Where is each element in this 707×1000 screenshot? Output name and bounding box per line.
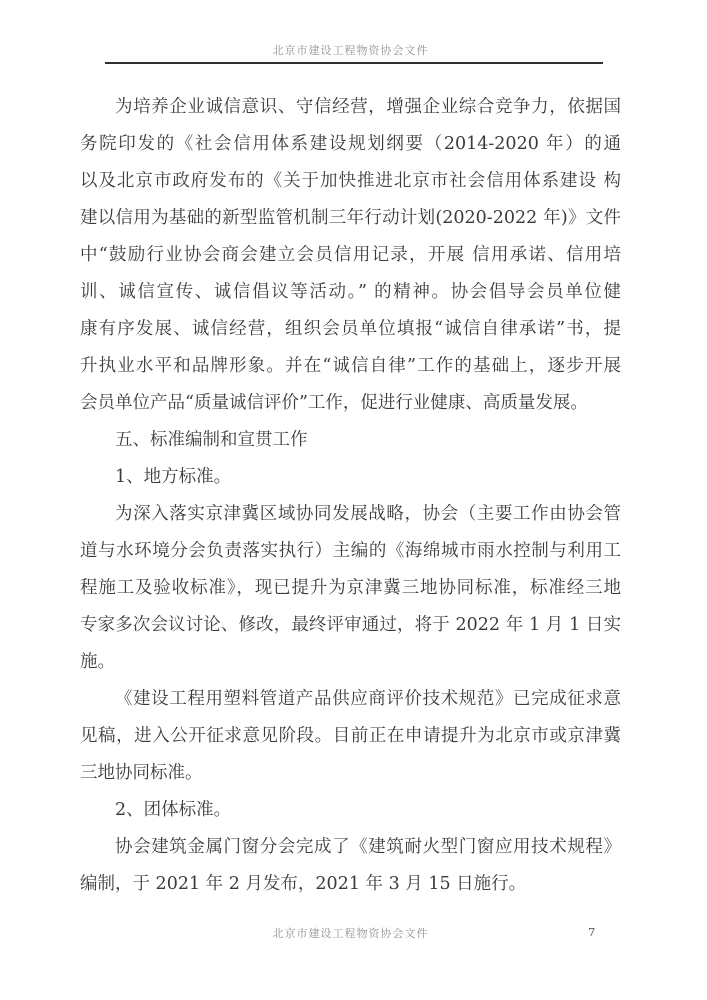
- header-title: 北京市建设工程物资协会文件: [80, 42, 621, 58]
- text-line: 道与水环境分会负责落实执行）主编的《海绵城市雨水控制与利用工: [80, 533, 621, 570]
- text-line: 会员单位产品“质量诚信评价”工作，促进行业健康、高质量发展。: [80, 385, 621, 422]
- paragraph: 协会建筑金属门窗分会完成了《建筑耐火型门窗应用技术规程》编制，于 2021 年 …: [80, 829, 621, 903]
- paragraph: 为深入落实京津冀区域协同发展战略，协会（主要工作由协会管道与水环境分会负责落实执…: [80, 496, 621, 681]
- footer-title: 北京市建设工程物资协会文件: [80, 925, 621, 941]
- text-line: 升执业水平和品牌形象。并在“诚信自律”工作的基础上，逐步开展: [80, 348, 621, 385]
- text-line: 程施工及验收标准》，现已提升为京津冀三地协同标准，标准经三地: [80, 570, 621, 607]
- header-rule: [105, 62, 603, 64]
- text-line: 建以信用为基础的新型监管机制三年行动计划(2020-2022 年)》文件: [80, 200, 621, 237]
- text-line: 2、团体标准。: [80, 792, 621, 829]
- document-body: 为培养企业诚信意识、守信经营，增强企业综合竞争力，依据国务院印发的《社会信用体系…: [80, 89, 621, 903]
- text-line: 为深入落实京津冀区域协同发展战略，协会（主要工作由协会管: [80, 496, 621, 533]
- text-line: 五、标准编制和宣贯工作: [80, 422, 621, 459]
- text-line: 编制，于 2021 年 2 月发布，2021 年 3 月 15 日施行。: [80, 866, 621, 903]
- text-line: 《建设工程用塑料管道产品供应商评价技术规范》已完成征求意: [80, 681, 621, 718]
- section-heading: 1、地方标准。: [80, 459, 621, 496]
- page-number: 7: [588, 925, 595, 939]
- text-line: 为培养企业诚信意识、守信经营，增强企业综合竞争力，依据国: [80, 89, 621, 126]
- paragraph: 《建设工程用塑料管道产品供应商评价技术规范》已完成征求意见稿，进入公开征求意见阶…: [80, 681, 621, 792]
- text-line: 1、地方标准。: [80, 459, 621, 496]
- text-line: 以及北京市政府发布的《关于加快推进北京市社会信用体系建设 构: [80, 163, 621, 200]
- text-line: 务院印发的《社会信用体系建设规划纲要（2014-2020 年）的通知》，: [80, 126, 621, 163]
- text-line: 中“鼓励行业协会商会建立会员信用记录，开展 信用承诺、信用培: [80, 237, 621, 274]
- text-line: 训、诚信宣传、诚信倡议等活动。” 的精神。协会倡导会员单位健: [80, 274, 621, 311]
- text-line: 专家多次会议讨论、修改，最终评审通过，将于 2022 年 1 月 1 日实: [80, 607, 621, 644]
- text-line: 施。: [80, 644, 621, 681]
- paragraph: 为培养企业诚信意识、守信经营，增强企业综合竞争力，依据国务院印发的《社会信用体系…: [80, 89, 621, 422]
- text-line: 见稿，进入公开征求意见阶段。目前正在申请提升为北京市或京津冀: [80, 718, 621, 755]
- document-page: 北京市建设工程物资协会文件 为培养企业诚信意识、守信经营，增强企业综合竞争力，依…: [0, 0, 707, 1000]
- section-heading: 2、团体标准。: [80, 792, 621, 829]
- text-line: 康有序发展、诚信经营，组织会员单位填报“诚信自律承诺”书，提: [80, 311, 621, 348]
- text-line: 协会建筑金属门窗分会完成了《建筑耐火型门窗应用技术规程》: [80, 829, 621, 866]
- section-heading: 五、标准编制和宣贯工作: [80, 422, 621, 459]
- text-line: 三地协同标准。: [80, 755, 621, 792]
